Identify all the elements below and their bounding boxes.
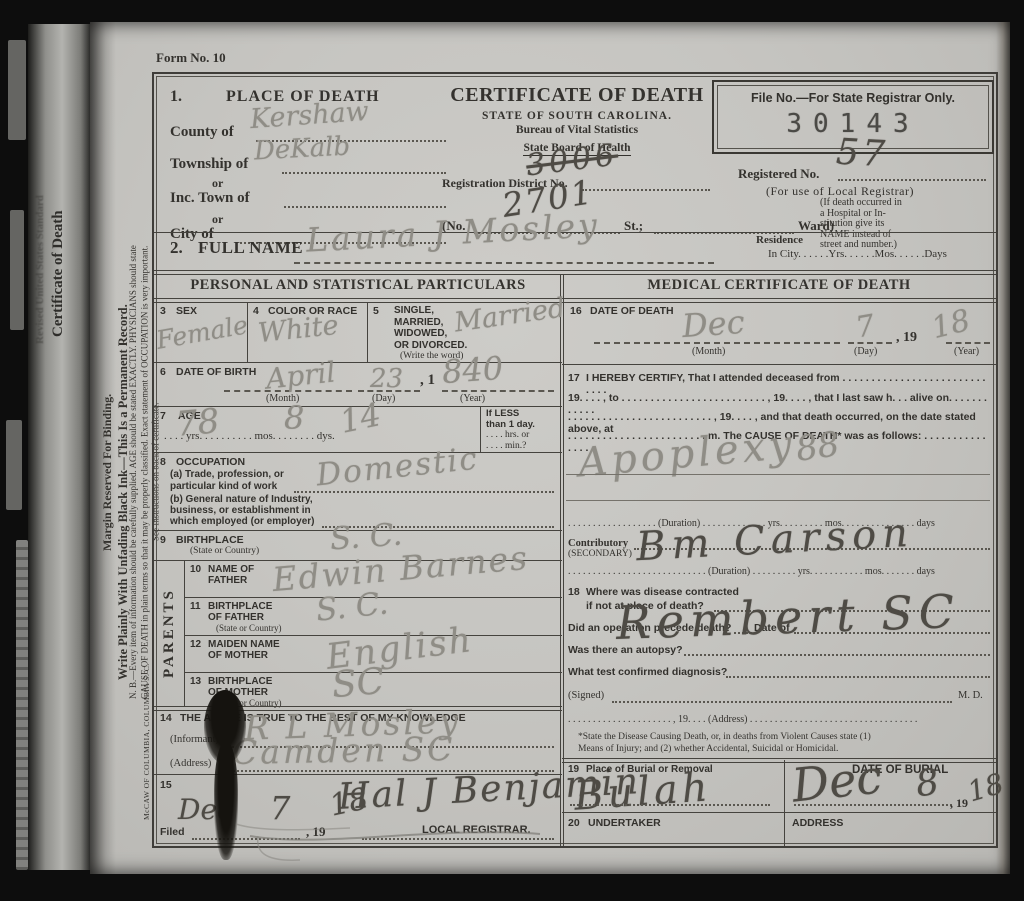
place-of-death-number: 1. xyxy=(170,88,182,106)
form-border: 1. PLACE OF DEATH County of Kershaw Town… xyxy=(152,72,998,848)
cause-rule xyxy=(566,500,990,501)
informant-number: 14 xyxy=(160,712,172,724)
informant-address-label: (Address) xyxy=(170,758,211,769)
dob-label: DATE OF BIRTH xyxy=(176,366,256,378)
birthplace-sub-label: (State or Country) xyxy=(190,546,259,556)
sex-number: 3 xyxy=(160,305,166,317)
certificate-paper: Margin Reserved For Binding. Write Plain… xyxy=(90,22,1010,874)
dotted-rule xyxy=(726,676,990,678)
secondary-label: (SECONDARY) xyxy=(568,549,632,559)
dotted-rule xyxy=(284,206,446,208)
father-birthplace-label: BIRTHPLACE OF FATHER xyxy=(208,601,272,623)
informant-address-value: Camden SC xyxy=(232,732,456,769)
death-day-caption: (Day) xyxy=(854,346,877,357)
death-date-number: 16 xyxy=(570,305,582,317)
cell-divider xyxy=(480,406,481,452)
film-edge-artifact xyxy=(6,420,22,510)
edge-title-certificate: Certificate of Death xyxy=(50,74,67,474)
mother-name-label-line: OF MOTHER xyxy=(208,650,280,661)
age-months-value: 8 xyxy=(284,402,304,434)
full-name-number: 2. xyxy=(170,238,183,258)
burial-day-value: 8 xyxy=(914,765,942,804)
dashed-rule xyxy=(442,390,554,392)
cell-divider xyxy=(247,302,248,362)
state-line: STATE OF SOUTH CAROLINA. xyxy=(440,110,714,122)
sex-label: SEX xyxy=(176,305,197,317)
age-less-line: than 1 day. xyxy=(486,420,535,431)
mother-name-number: 12 xyxy=(190,639,201,650)
burial-month-value: Dec xyxy=(790,753,884,808)
double-rule xyxy=(154,298,996,303)
birthplace-label: BIRTHPLACE xyxy=(176,534,244,546)
father-birthplace-label-line: BIRTHPLACE xyxy=(208,601,272,612)
occupation-number: 8 xyxy=(160,456,166,468)
mother-birthplace-number: 13 xyxy=(190,676,201,687)
death-year-caption: (Year) xyxy=(954,346,979,357)
dashed-rule xyxy=(946,342,990,344)
father-name-label-line: FATHER xyxy=(208,575,254,586)
personal-section-title: PERSONAL AND STATISTICAL PARTICULARS xyxy=(154,277,562,294)
age-less-line: . . . . min.? xyxy=(486,441,535,452)
registered-no-label: Registered No. xyxy=(738,166,819,182)
county-label: County of xyxy=(170,124,234,141)
age-less-line: If LESS xyxy=(486,409,535,420)
burial-place-value: Bulah xyxy=(573,767,713,816)
dob-year-printed: , 1 xyxy=(420,372,435,389)
occupation-b-line2: business, or establishment in xyxy=(170,505,311,516)
marital-number: 5 xyxy=(373,305,379,317)
age-days-value: 14 xyxy=(337,398,383,438)
dob-year-caption: (Year) xyxy=(460,393,485,404)
scanned-death-certificate: { "palette": {"paper":"#c7c5c1","print_i… xyxy=(0,0,1024,901)
certificate-title: CERTIFICATE OF DEATH xyxy=(440,84,714,107)
residence-line: In City. . . . . .Yrs. . . . . .Mos. . .… xyxy=(768,248,947,260)
bureau-line: Bureau of Vital Statistics xyxy=(440,124,714,136)
dob-day-value: 23 xyxy=(370,366,403,392)
mother-birthplace-label-line: BIRTHPLACE xyxy=(208,676,272,687)
dotted-rule xyxy=(282,172,446,174)
occupation-b-line3: which employed (or employer) xyxy=(170,516,314,527)
medical-section-title: MEDICAL CERTIFICATE OF DEATH xyxy=(562,277,996,294)
parents-side-label: PARENTS xyxy=(161,570,178,696)
cell-divider xyxy=(367,302,368,362)
filed-number: 15 xyxy=(160,779,172,791)
father-birthplace-number: 11 xyxy=(190,601,201,612)
cause-of-death-note: 88 xyxy=(794,427,842,467)
footnote-line2: Means of Injury; and (2) whether Acciden… xyxy=(578,744,990,754)
birthplace-number: 9 xyxy=(160,534,166,546)
dotted-rule xyxy=(582,189,710,191)
double-rule xyxy=(154,270,996,275)
father-name-number: 10 xyxy=(190,564,201,575)
county-value: Kershaw xyxy=(249,98,369,133)
rule xyxy=(562,812,996,813)
md-label: M. D. xyxy=(958,690,983,701)
or-label-1: or xyxy=(212,176,223,191)
marital-option: OR DIVORCED. xyxy=(394,340,467,352)
mother-birthplace-value: SC xyxy=(331,664,386,704)
q18-number: 18 xyxy=(568,586,580,598)
occupation-a-line1: (a) Trade, profession, or xyxy=(170,469,284,480)
burial-year-value: 18 xyxy=(965,770,1007,807)
father-name-label: NAME OF FATHER xyxy=(208,564,254,586)
dob-year-value: 840 xyxy=(441,352,504,388)
residence-label: Residence xyxy=(756,234,803,246)
footnote-line1: *State the Disease Causing Death, or, in… xyxy=(578,732,990,742)
age-less-note: If LESS than 1 day. . . . . hrs. or . . … xyxy=(486,409,535,451)
death-date-label: DATE OF DEATH xyxy=(590,305,674,317)
inc-town-label: Inc. Town of xyxy=(170,190,250,207)
contributory-label: Contributory xyxy=(568,538,628,549)
disease-contracted-value: Rembert SC xyxy=(615,588,960,646)
death-month-value: Dec xyxy=(681,306,746,342)
hospital-note-line: stitution give its xyxy=(820,219,902,230)
dotted-rule xyxy=(612,701,952,703)
duration-line-2: . . . . . . . . . . . . . . . . . . . . … xyxy=(568,566,992,577)
or-label-2: or xyxy=(212,212,223,227)
township-value: DeKalb xyxy=(253,134,350,165)
dotted-rule xyxy=(838,179,986,181)
full-name-label: FULL NAME xyxy=(198,238,303,258)
age-years-value: 78 xyxy=(175,404,221,442)
hospital-note: (If death occurred in a Hospital or In- … xyxy=(820,198,902,251)
film-edge-artifact xyxy=(10,210,24,330)
township-label: Township of xyxy=(170,156,248,173)
occupation-a-line2: particular kind of work xyxy=(170,481,277,492)
margin-nb-line1: N. B.—Every item of information should b… xyxy=(128,62,139,882)
edge-title-revised: Revised United States Standard xyxy=(34,60,46,480)
undertaker-address-label: ADDRESS xyxy=(792,817,843,829)
dotted-rule xyxy=(794,804,952,806)
mother-name-label: MAIDEN NAME OF MOTHER xyxy=(208,639,280,661)
hospital-note-line: (If death occurred in xyxy=(820,198,902,209)
file-box-label: File No.—For State Registrar Only. xyxy=(718,91,988,105)
cause-rule xyxy=(566,474,990,475)
death-year-value: 18 xyxy=(929,306,973,344)
margin-binding-note: Margin Reserved For Binding. xyxy=(100,242,115,702)
dob-month-value: April xyxy=(265,358,337,393)
parents-cell-divider xyxy=(184,560,185,706)
father-birthplace-sub-label: (State or Country) xyxy=(216,623,282,633)
father-name-label-line: NAME OF xyxy=(208,564,254,575)
race-number: 4 xyxy=(253,305,259,317)
signed-label: (Signed) xyxy=(568,690,604,701)
race-value: White xyxy=(257,312,340,347)
father-birthplace-value: S. C. xyxy=(315,588,390,626)
stray-pencil-marks xyxy=(140,822,700,874)
burial-year-printed: , 19 xyxy=(950,796,968,811)
form-number: Form No. 10 xyxy=(156,50,226,66)
folded-page-edge: Revised United States Standard Certifica… xyxy=(28,24,90,870)
rule xyxy=(562,364,996,365)
death-year-printed: , 19 xyxy=(896,330,917,346)
father-birthplace-label-line: OF FATHER xyxy=(208,612,272,623)
certify-number: 17 xyxy=(568,372,580,384)
mother-name-label-line: MAIDEN NAME xyxy=(208,639,280,650)
age-number: 7 xyxy=(160,410,166,422)
death-month-caption: (Month) xyxy=(692,346,725,357)
film-edge-artifact xyxy=(8,40,26,140)
film-edge-artifact xyxy=(16,540,28,870)
test-question: What test confirmed diagnosis? xyxy=(568,666,727,678)
dashed-rule xyxy=(294,262,714,264)
occupation-b-line1: (b) General nature of Industry, xyxy=(170,494,313,505)
signed-year-address-line: . . . . . . . . . . . . . . . . . . . . … xyxy=(568,714,992,725)
filed-day-value: 7 xyxy=(270,792,290,824)
dotted-rule xyxy=(570,804,770,806)
age-less-line: . . . . hrs. or xyxy=(486,430,535,441)
occupation-label: OCCUPATION xyxy=(176,456,245,468)
registered-no-value: 57 xyxy=(835,135,889,174)
burial-cell-divider xyxy=(784,760,785,846)
dob-number: 6 xyxy=(160,366,166,378)
dotted-rule xyxy=(684,654,990,656)
